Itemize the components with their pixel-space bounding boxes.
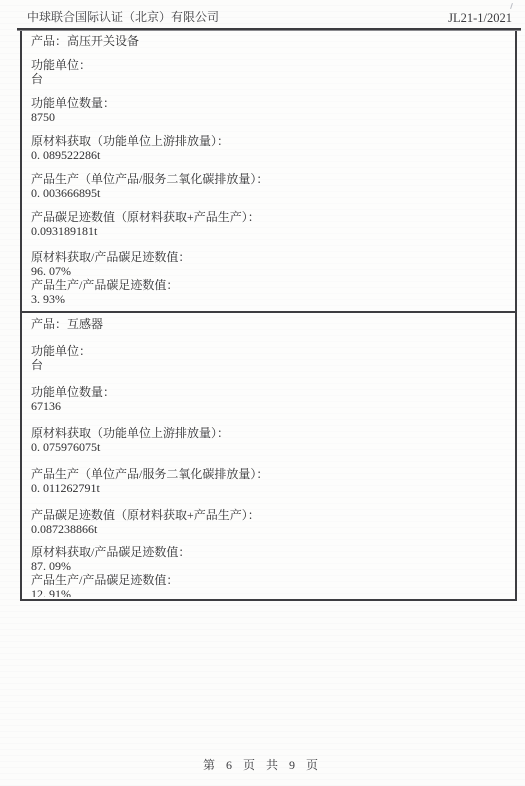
field-label: 产品碳足迹数值（原材料获取+产品生产）： <box>31 210 507 224</box>
product-section: 产品：高压开关设备 功能单位：台功能单位数量：8750原材料获取（功能单位上游排… <box>22 31 515 311</box>
product-row: 产品：互感器 <box>31 317 507 331</box>
field-label: 功能单位数量： <box>31 385 507 399</box>
product-carbon-footprint-table: 产品：高压开关设备 功能单位：台功能单位数量：8750原材料获取（功能单位上游排… <box>20 31 517 601</box>
field-value: 0.087238866t <box>31 522 507 536</box>
field-group: 产品生产（单位产品/服务二氧化碳排放量）：0. 003666895t <box>31 172 507 200</box>
field-label: 产品碳足迹数值（原材料获取+产品生产）： <box>31 508 507 522</box>
field-group: 产品碳足迹数值（原材料获取+产品生产）：0.087238866t <box>31 508 507 536</box>
page-number-indicator: 第 6 页 共 9 页 <box>0 756 525 773</box>
field-label: 功能单位： <box>31 344 507 358</box>
product-label: 产品： <box>31 317 67 331</box>
field-label: 原材料获取（功能单位上游排放量）： <box>31 426 507 440</box>
field-group: 原材料获取（功能单位上游排放量）：0. 089522286t <box>31 134 507 162</box>
field-value: 台 <box>31 72 507 86</box>
product-section: 产品：互感器 功能单位：台功能单位数量：67136原材料获取（功能单位上游排放量… <box>22 311 515 597</box>
field-value: 台 <box>31 358 507 372</box>
field-label: 功能单位： <box>31 58 507 72</box>
ratio-label: 原材料获取/产品碳足迹数值： <box>31 250 507 264</box>
scanned-document-page: 中球联合国际认证（北京）有限公司 JL21-1/2021 产品：高压开关设备 功… <box>0 0 525 786</box>
scan-artifact-mark <box>510 3 513 9</box>
field-label: 原材料获取（功能单位上游排放量）： <box>31 134 507 148</box>
field-label: 产品生产（单位产品/服务二氧化碳排放量）： <box>31 467 507 481</box>
field-value: 0.093189181t <box>31 224 507 238</box>
ratio-block: 原材料获取/产品碳足迹数值：87. 09%产品生产/产品碳足迹数值：12. 91… <box>31 545 507 597</box>
ratio-value: 12. 91% <box>31 587 507 597</box>
field-value: 8750 <box>31 110 507 124</box>
ratio-value: 87. 09% <box>31 559 507 573</box>
field-value: 0. 089522286t <box>31 148 507 162</box>
ratio-label: 产品生产/产品碳足迹数值： <box>31 573 507 587</box>
field-value: 0. 003666895t <box>31 186 507 200</box>
field-value: 0. 011262791t <box>31 481 507 495</box>
field-value: 67136 <box>31 399 507 413</box>
product-name: 互感器 <box>67 317 103 331</box>
field-group: 功能单位：台 <box>31 58 507 86</box>
ratio-label: 原材料获取/产品碳足迹数值： <box>31 545 507 559</box>
field-group: 功能单位数量：67136 <box>31 385 507 413</box>
product-label: 产品： <box>31 34 67 48</box>
field-label: 功能单位数量： <box>31 96 507 110</box>
ratio-value: 96. 07% <box>31 264 507 278</box>
field-group: 产品生产（单位产品/服务二氧化碳排放量）：0. 011262791t <box>31 467 507 495</box>
ratio-block: 原材料获取/产品碳足迹数值：96. 07%产品生产/产品碳足迹数值：3. 93% <box>31 250 507 306</box>
product-row: 产品：高压开关设备 <box>31 34 507 48</box>
field-group: 功能单位数量：8750 <box>31 96 507 124</box>
field-group: 产品碳足迹数值（原材料获取+产品生产）：0.093189181t <box>31 210 507 238</box>
ratio-label: 产品生产/产品碳足迹数值： <box>31 278 507 292</box>
field-group: 功能单位：台 <box>31 344 507 372</box>
product-name: 高压开关设备 <box>67 34 139 48</box>
header-company-name: 中球联合国际认证（北京）有限公司 <box>27 10 219 25</box>
header-doc-number: JL21-1/2021 <box>448 11 512 26</box>
field-label: 产品生产（单位产品/服务二氧化碳排放量）： <box>31 172 507 186</box>
field-value: 0. 075976075t <box>31 440 507 454</box>
field-group: 原材料获取（功能单位上游排放量）：0. 075976075t <box>31 426 507 454</box>
ratio-value: 3. 93% <box>31 292 507 306</box>
